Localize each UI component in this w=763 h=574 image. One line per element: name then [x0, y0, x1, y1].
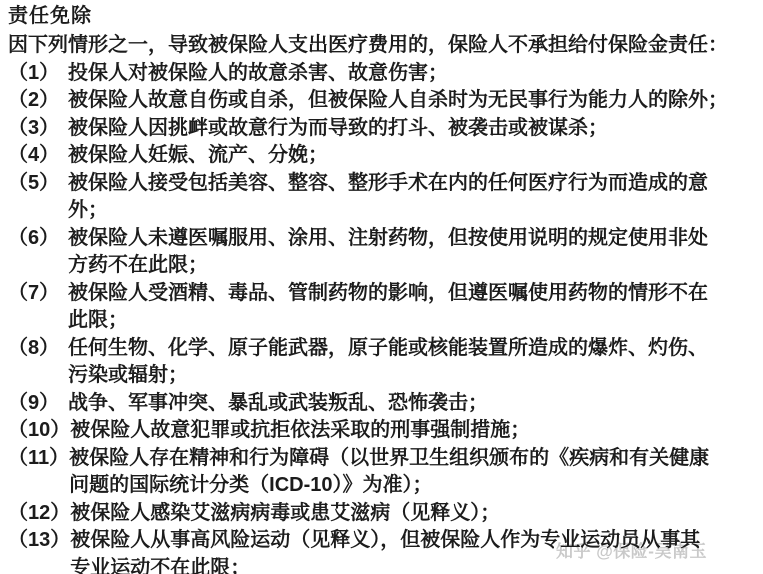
item-number: （6）	[8, 225, 68, 253]
item-number: （1）	[8, 60, 68, 88]
item-text: 任何生物、化学、原子能武器，原子能或核能装置所造成的爆炸、灼伤、 污染或辐射；	[68, 335, 755, 390]
item-number: （3）	[8, 115, 68, 143]
item-text: 被保险人存在精神和行为障碍（以世界卫生组织颁布的《疾病和有关健康 问题的国际统计…	[69, 445, 755, 500]
exclusion-item: （11） 被保险人存在精神和行为障碍（以世界卫生组织颁布的《疾病和有关健康 问题…	[8, 445, 755, 500]
item-number: （4）	[8, 142, 68, 170]
exclusion-item: （12） 被保险人感染艾滋病病毒或患艾滋病（见释义）；	[8, 500, 755, 528]
item-text: 被保险人受酒精、毒品、管制药物的影响，但遵医嘱使用药物的情形不在 此限；	[68, 280, 755, 335]
page-title: 责任免除	[8, 1, 755, 32]
item-text: 被保险人未遵医嘱服用、涂用、注射药物，但按使用说明的规定使用非处 方药不在此限；	[68, 225, 755, 280]
exclusion-item: （6） 被保险人未遵医嘱服用、涂用、注射药物，但按使用说明的规定使用非处 方药不…	[8, 225, 755, 280]
item-text: 被保险人因挑衅或故意行为而导致的打斗、被袭击或被谋杀；	[68, 115, 755, 143]
item-text: 被保险人故意自伤或自杀，但被保险人自杀时为无民事行为能力人的除外；	[68, 87, 755, 115]
item-text: 被保险人从事高风险运动（见释义），但被保险人作为专业运动员从事其 专业运动不在此…	[70, 527, 755, 574]
item-number: （5）	[8, 170, 68, 198]
item-text: 被保险人接受包括美容、整容、整形手术在内的任何医疗行为而造成的意 外；	[68, 170, 755, 225]
item-number: （2）	[8, 87, 68, 115]
item-number: （12）	[8, 500, 70, 528]
exclusion-item: （2） 被保险人故意自伤或自杀，但被保险人自杀时为无民事行为能力人的除外；	[8, 87, 755, 115]
item-text: 投保人对被保险人的故意杀害、故意伤害；	[68, 60, 755, 88]
exclusion-item: （5） 被保险人接受包括美容、整容、整形手术在内的任何医疗行为而造成的意 外；	[8, 170, 755, 225]
exclusion-clause-document: 责任免除 因下列情形之一，导致被保险人支出医疗费用的，保险人不承担给付保险金责任…	[0, 0, 763, 574]
exclusion-item: （1） 投保人对被保险人的故意杀害、故意伤害；	[8, 60, 755, 88]
item-text: 被保险人妊娠、流产、分娩；	[68, 142, 755, 170]
exclusion-item: （7） 被保险人受酒精、毒品、管制药物的影响，但遵医嘱使用药物的情形不在 此限；	[8, 280, 755, 335]
exclusion-item: （4） 被保险人妊娠、流产、分娩；	[8, 142, 755, 170]
exclusion-item: （9） 战争、军事冲突、暴乱或武装叛乱、恐怖袭击；	[8, 390, 755, 418]
item-text: 战争、军事冲突、暴乱或武装叛乱、恐怖袭击；	[68, 390, 755, 418]
exclusion-item: （3） 被保险人因挑衅或故意行为而导致的打斗、被袭击或被谋杀；	[8, 115, 755, 143]
item-text: 被保险人故意犯罪或抗拒依法采取的刑事强制措施；	[70, 417, 755, 445]
item-number: （11）	[8, 445, 69, 473]
item-number: （7）	[8, 280, 68, 308]
exclusion-item: （13） 被保险人从事高风险运动（见释义），但被保险人作为专业运动员从事其 专业…	[8, 527, 755, 574]
item-number: （9）	[8, 390, 68, 418]
item-number: （13）	[8, 527, 70, 555]
item-text: 被保险人感染艾滋病病毒或患艾滋病（见释义）；	[70, 500, 755, 528]
exclusion-item: （8） 任何生物、化学、原子能武器，原子能或核能装置所造成的爆炸、灼伤、 污染或…	[8, 335, 755, 390]
item-number: （8）	[8, 335, 68, 363]
intro-paragraph: 因下列情形之一，导致被保险人支出医疗费用的，保险人不承担给付保险金责任：	[8, 32, 755, 60]
item-number: （10）	[8, 417, 70, 445]
exclusion-item: （10） 被保险人故意犯罪或抗拒依法采取的刑事强制措施；	[8, 417, 755, 445]
